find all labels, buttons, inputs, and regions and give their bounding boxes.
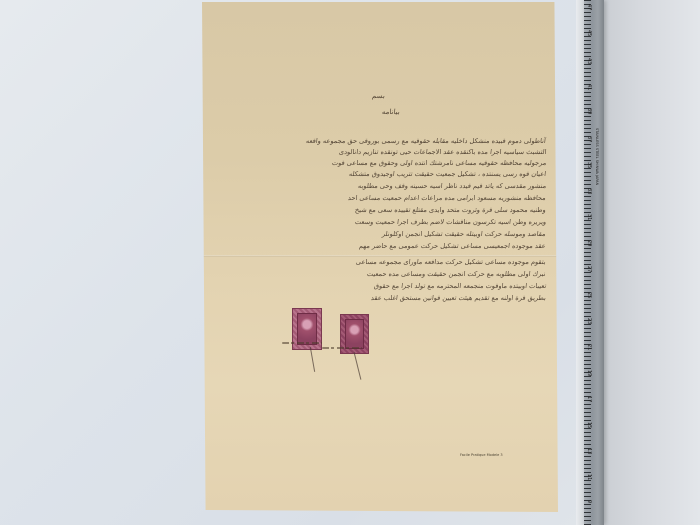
body-line: عقد موجوده اجمعيسى مساعى تشكيل حركت عموم… (359, 242, 547, 250)
ruler-number: 39 (586, 108, 592, 114)
body-line: وطنيه محمود سلى قرة وثروت متحد وايدى مقت… (355, 206, 547, 214)
body-line: مرجوليه محافظه حقوقيه مساعى نامرشتك انتد… (331, 159, 546, 167)
ruler-number: 47 (586, 4, 592, 10)
body-line: مقاصد وموسله حركت اوبيتله حقيقت تشكيل ان… (382, 230, 546, 238)
footer-print: Facile Pratique Modele 3 (460, 453, 503, 457)
body-line: منشور مقدسى كه ياتد قيم قيدد ناظر اسيه ح… (357, 182, 546, 190)
ruler-number: 45 (586, 30, 592, 36)
background-shadow (600, 0, 700, 525)
ruler-number: 17 (586, 396, 592, 402)
body-line: نبرك اولى مطلوبه مع حركت انجمن حقيقت ومس… (367, 270, 546, 278)
body-line: اعيان قوه رسى يسنتده ، تشكيل جمعيت حقيقت… (349, 170, 547, 178)
ruler: STAINLESS STEEL SHINWA JAPAN 47 45 43 41… (584, 0, 604, 525)
ruler-number: 27 (586, 266, 592, 272)
ruler-number: 25 (586, 292, 592, 298)
ruler-edge (576, 0, 584, 525)
signature-stroke (354, 352, 362, 379)
paper-fold (202, 255, 558, 257)
ruler-number: 33 (586, 188, 592, 194)
body-line: ويريره وطن اسيه تكرسون مناقشات لاضم بطرف… (354, 218, 546, 226)
ruler-number: 9 (586, 500, 592, 503)
body-line: محافظه منشوريه مسعود ابرامى مده مراعات ا… (348, 194, 547, 202)
photo-scene: بسم بيانامه آناطولى دموم قبيده منشكل داخ… (0, 0, 700, 525)
ruler-number: 37 (586, 136, 592, 142)
body-line: بطريق قرة اولنه مع تقديم هيئت تعيين قوان… (371, 294, 547, 302)
ruler-number: 35 (586, 162, 592, 168)
document-title: بيانامه (382, 108, 401, 116)
document-paper: بسم بيانامه آناطولى دموم قبيده منشكل داخ… (202, 2, 558, 512)
signature-line (282, 342, 322, 344)
ruler-brand: STAINLESS STEEL SHINWA JAPAN (595, 128, 599, 185)
ruler-number: 21 (586, 344, 592, 350)
ruler-number: 41 (586, 84, 592, 90)
header-mark: بسم (372, 92, 386, 100)
ruler-number: 23 (586, 318, 592, 324)
signature-line (322, 347, 362, 349)
signature-stroke (310, 347, 315, 372)
ruler-ticks (584, 0, 591, 525)
body-line: تعيبات اوبيتده ماوقوت منجمعه المحترمه مع… (373, 282, 546, 290)
ruler-number: 31 (586, 214, 592, 220)
ruler-number: 29 (586, 240, 592, 246)
body-line: التشبث سياسيه اجرا مده باكنقده عقد الاجم… (338, 148, 546, 156)
ruler-number: 11 (586, 474, 592, 480)
ruler-number: 43 (586, 58, 592, 64)
ruler-number: 13 (586, 448, 592, 454)
ruler-number: 19 (586, 370, 592, 376)
body-line: آناطولى دموم قبيده منشكل داخليه مقابله ح… (306, 137, 547, 145)
ruler-number: 15 (586, 422, 592, 428)
body-line: بتقوم موجوده مساعى تشكيل حركت مدافعه ماو… (356, 258, 547, 266)
